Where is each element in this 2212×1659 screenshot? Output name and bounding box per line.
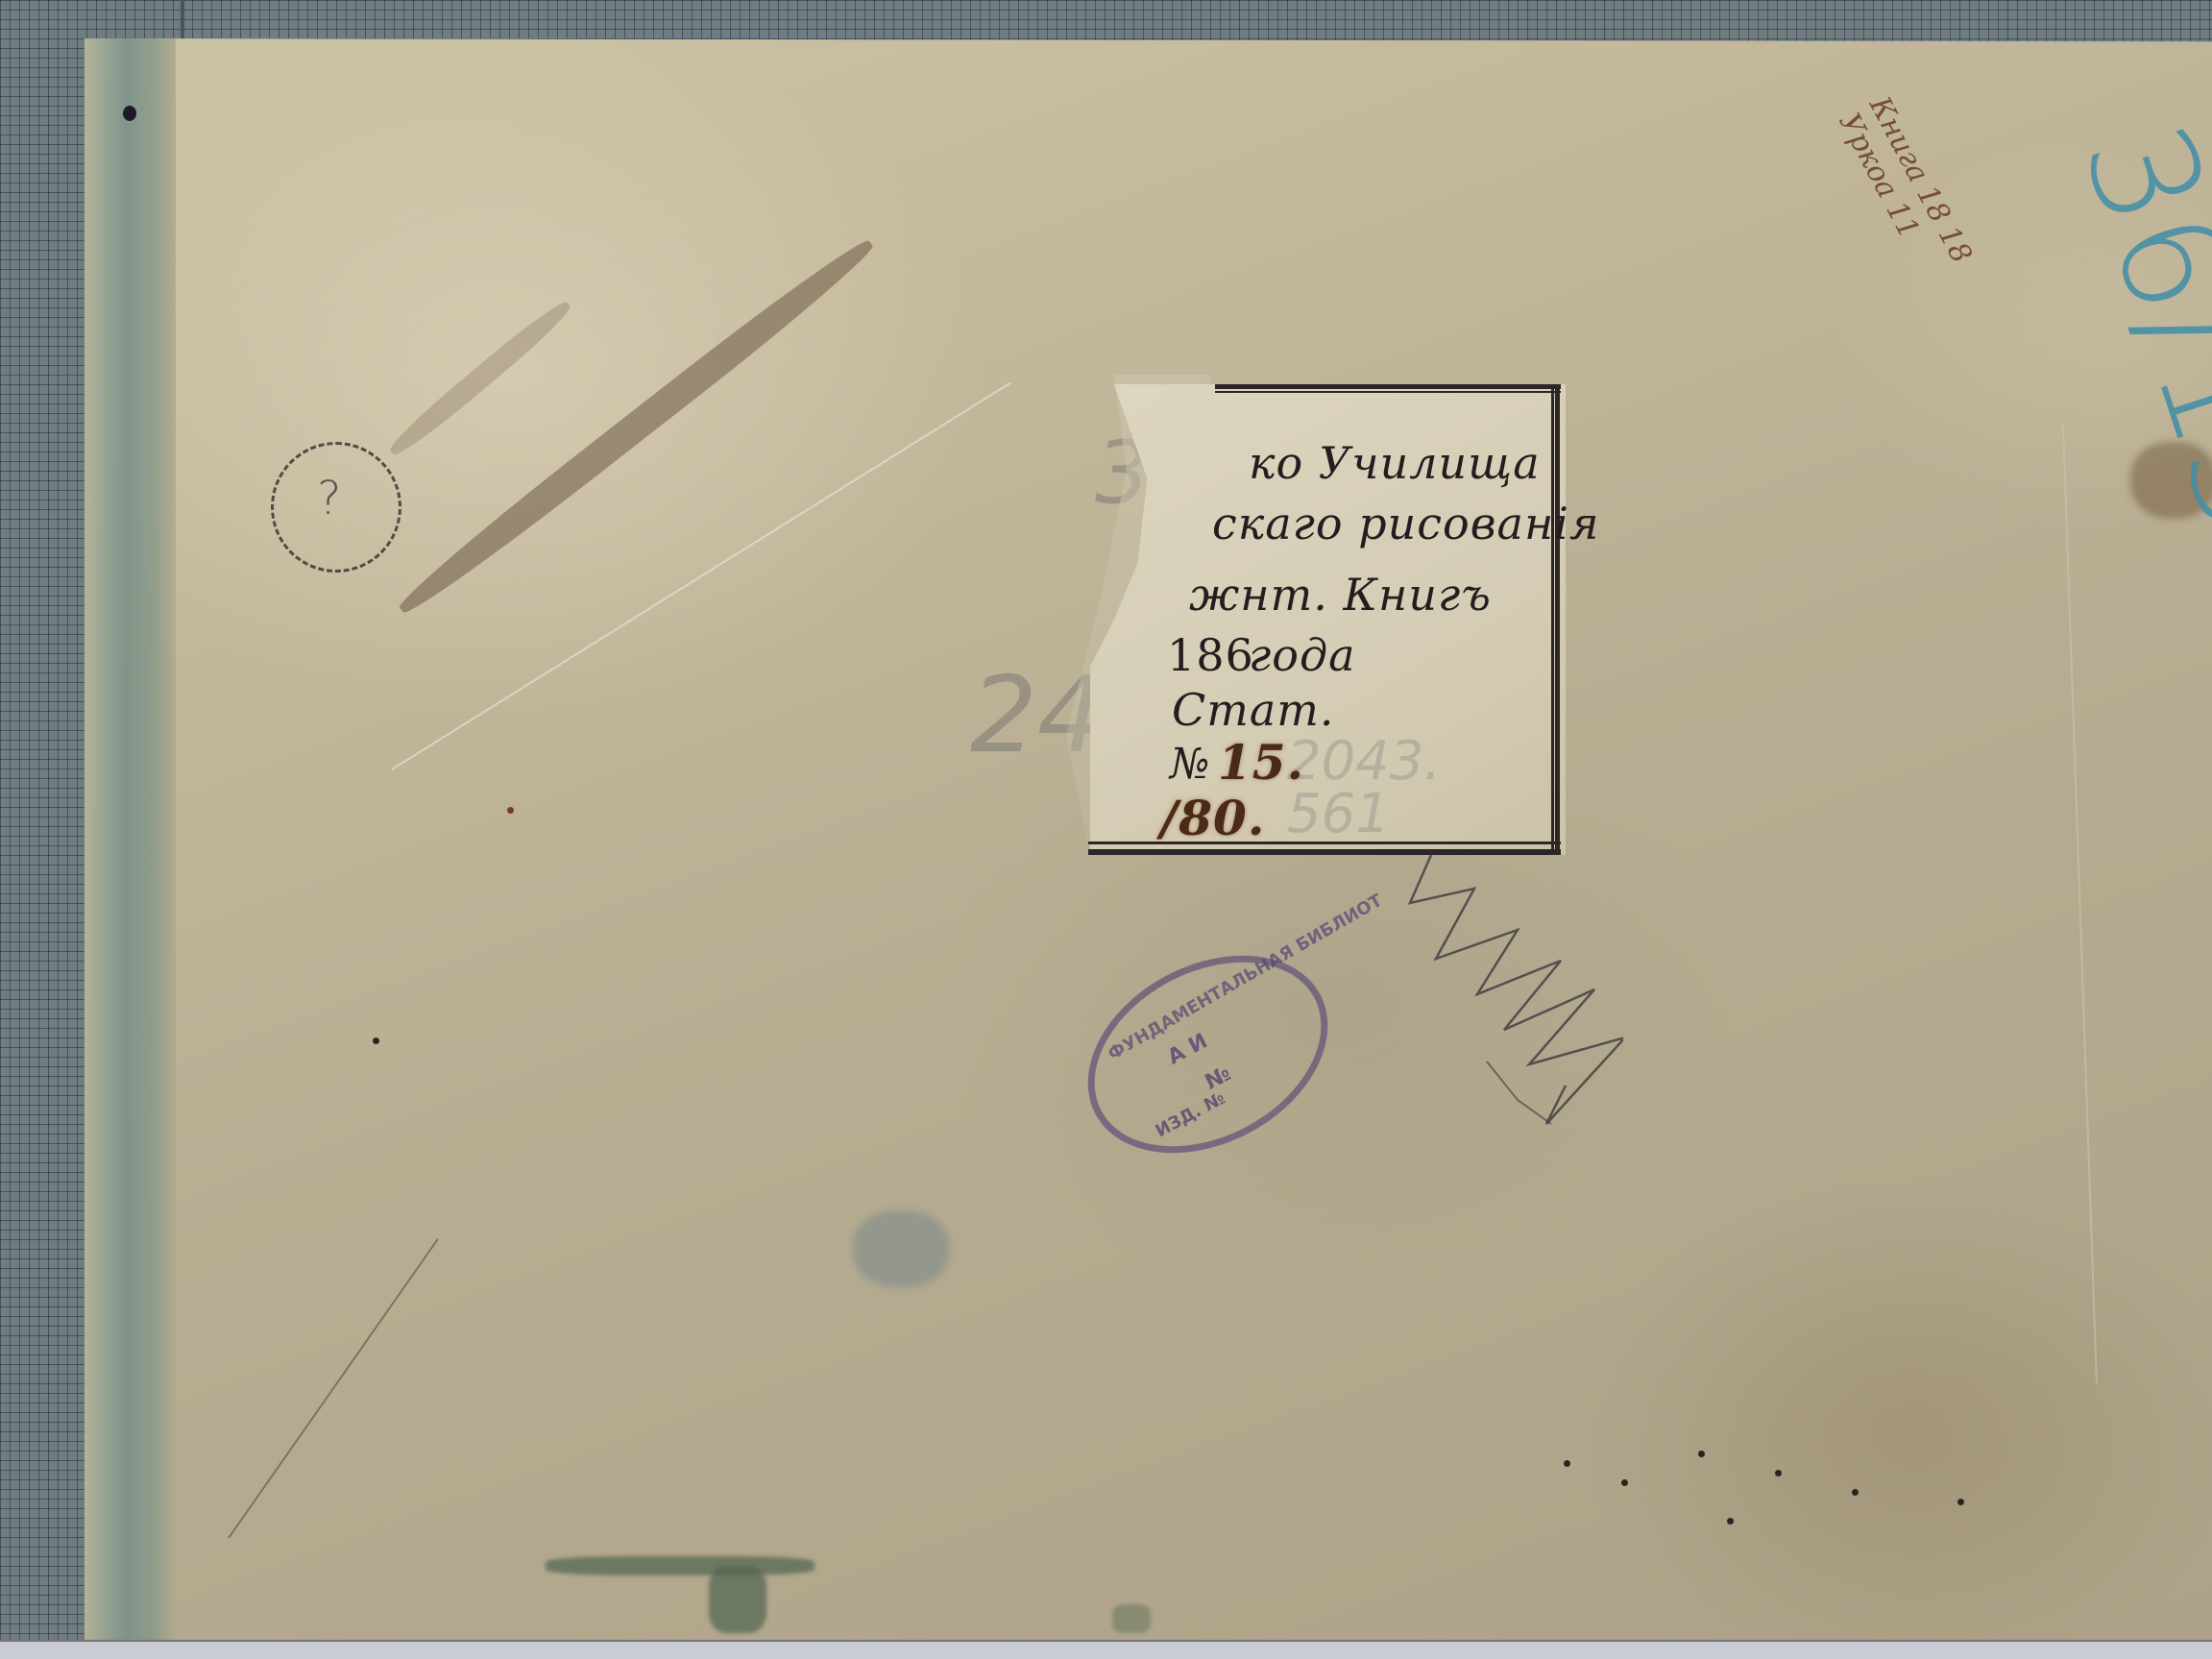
brown-scrape-faint: [385, 296, 575, 460]
brown-scrape: [393, 232, 880, 621]
label-frame-top: [1215, 384, 1561, 393]
binding-hole: [123, 106, 136, 121]
crease-right: [2062, 424, 2098, 1383]
label-frame-right: [1551, 384, 1560, 855]
label-line-subject: скаго рисованія: [1212, 498, 1599, 549]
label-faint-number-2: 561: [1287, 783, 1390, 845]
label-stat: Стат.: [1172, 684, 1334, 736]
pencil-circle-glyph: ?: [317, 472, 341, 525]
bottom-background-strip: [0, 1640, 2212, 1659]
green-stain: [709, 1566, 766, 1633]
label-number: 15.: [1218, 734, 1304, 791]
crease-line-lower: [228, 1238, 439, 1538]
label-line-books: жнт. Книгъ: [1189, 569, 1492, 621]
speck: [1621, 1479, 1628, 1486]
speck: [1775, 1470, 1782, 1476]
label-line-institution: ко Училища: [1249, 437, 1541, 489]
blue-grey-stain: [853, 1210, 949, 1287]
speck: [507, 807, 514, 814]
speck: [1957, 1499, 1964, 1505]
mat-seam: [181, 0, 184, 43]
pencil-circle-mark: ?: [271, 442, 401, 573]
label-fraction: /80.: [1160, 790, 1265, 846]
green-stain: [1112, 1604, 1151, 1633]
speck: [373, 1037, 379, 1044]
crease-line: [391, 381, 1011, 769]
label-year-word: года: [1249, 629, 1356, 681]
green-stain: [546, 1556, 814, 1575]
label-year-prefix: 186: [1167, 629, 1254, 681]
spine-tape: [85, 38, 176, 1640]
speck: [1852, 1489, 1859, 1496]
speck: [1727, 1518, 1734, 1525]
label-number-sign: №: [1170, 740, 1211, 789]
pencil-scribble: [1373, 845, 1623, 1153]
speck: [1564, 1460, 1570, 1467]
speck: [1698, 1451, 1705, 1457]
